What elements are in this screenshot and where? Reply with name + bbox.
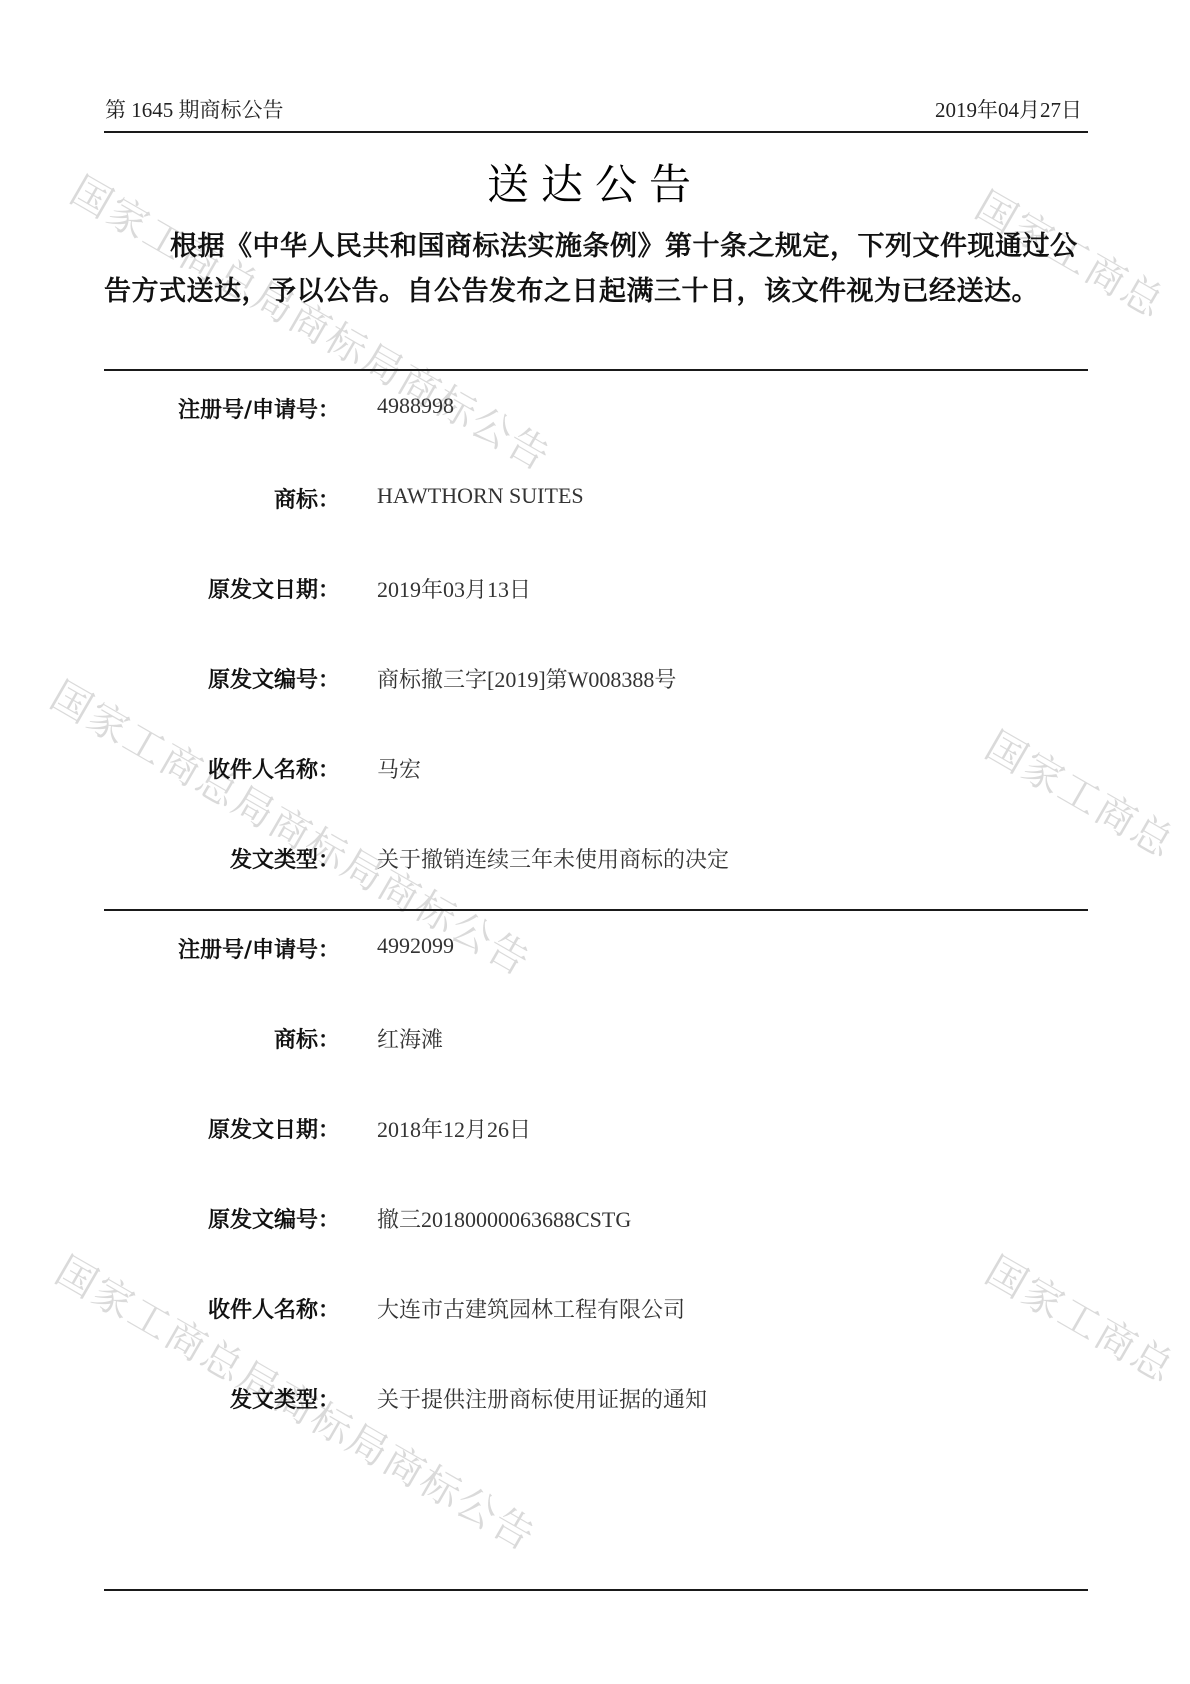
record-divider	[104, 909, 1088, 911]
label-orig-date: 原发文日期：	[208, 1113, 340, 1144]
label-orig-no: 原发文编号：	[208, 1203, 340, 1234]
label-recipient: 收件人名称：	[208, 1293, 340, 1324]
record-2-recipient: 收件人名称： 大连市古建筑园林工程有限公司	[0, 1293, 1190, 1333]
label-doc-type: 发文类型：	[230, 843, 340, 874]
label-recipient: 收件人名称：	[208, 753, 340, 784]
label-orig-no: 原发文编号：	[208, 663, 340, 694]
record-1-trademark: 商标： HAWTHORN SUITES	[0, 483, 1190, 523]
value-orig-date: 2019年03月13日	[377, 573, 531, 604]
value-orig-no: 商标撤三字[2019]第W008388号	[377, 663, 676, 694]
record-2-doc-type: 发文类型： 关于提供注册商标使用证据的通知	[0, 1383, 1190, 1423]
record-2-orig-date: 原发文日期： 2018年12月26日	[0, 1113, 1190, 1153]
label-orig-date: 原发文日期：	[208, 573, 340, 604]
value-trademark: 红海滩	[377, 1023, 443, 1054]
announcement-page: 国家工商总局商标局商标公告 国家工商总 国家工商总局商标局商标公告 国家工商总 …	[0, 0, 1190, 1684]
value-doc-type: 关于提供注册商标使用证据的通知	[377, 1383, 707, 1414]
issue-date: 2019年04月27日	[935, 94, 1082, 124]
record-1-orig-no: 原发文编号： 商标撤三字[2019]第W008388号	[0, 663, 1190, 703]
record-1-reg-no: 注册号/申请号： 4988998	[0, 393, 1190, 433]
label-trademark: 商标：	[274, 483, 340, 514]
value-orig-date: 2018年12月26日	[377, 1113, 531, 1144]
value-trademark: HAWTHORN SUITES	[377, 483, 584, 509]
value-reg-no: 4992099	[377, 933, 454, 959]
value-recipient: 马宏	[377, 753, 421, 784]
value-doc-type: 关于撤销连续三年未使用商标的决定	[377, 843, 729, 874]
record-2-trademark: 商标： 红海滩	[0, 1023, 1190, 1063]
issue-number: 第 1645 期商标公告	[105, 94, 284, 124]
value-recipient: 大连市古建筑园林工程有限公司	[377, 1293, 685, 1324]
record-1-recipient: 收件人名称： 马宏	[0, 753, 1190, 793]
record-2-reg-no: 注册号/申请号： 4992099	[0, 933, 1190, 973]
intro-paragraph: 根据《中华人民共和国商标法实施条例》第十条之规定，下列文件现通过公告方式送达，予…	[104, 224, 1088, 314]
label-trademark: 商标：	[274, 1023, 340, 1054]
value-orig-no: 撤三20180000063688CSTG	[377, 1203, 631, 1234]
record-1-doc-type: 发文类型： 关于撤销连续三年未使用商标的决定	[0, 843, 1190, 883]
header-divider	[104, 131, 1088, 133]
label-reg-no: 注册号/申请号：	[178, 933, 340, 964]
record-2-orig-no: 原发文编号： 撤三20180000063688CSTG	[0, 1203, 1190, 1243]
label-doc-type: 发文类型：	[230, 1383, 340, 1414]
record-1-orig-date: 原发文日期： 2019年03月13日	[0, 573, 1190, 613]
section-divider	[104, 369, 1088, 371]
footer-divider	[104, 1589, 1088, 1591]
value-reg-no: 4988998	[377, 393, 454, 419]
label-reg-no: 注册号/申请号：	[178, 393, 340, 424]
page-title: 送达公告	[0, 152, 1190, 212]
